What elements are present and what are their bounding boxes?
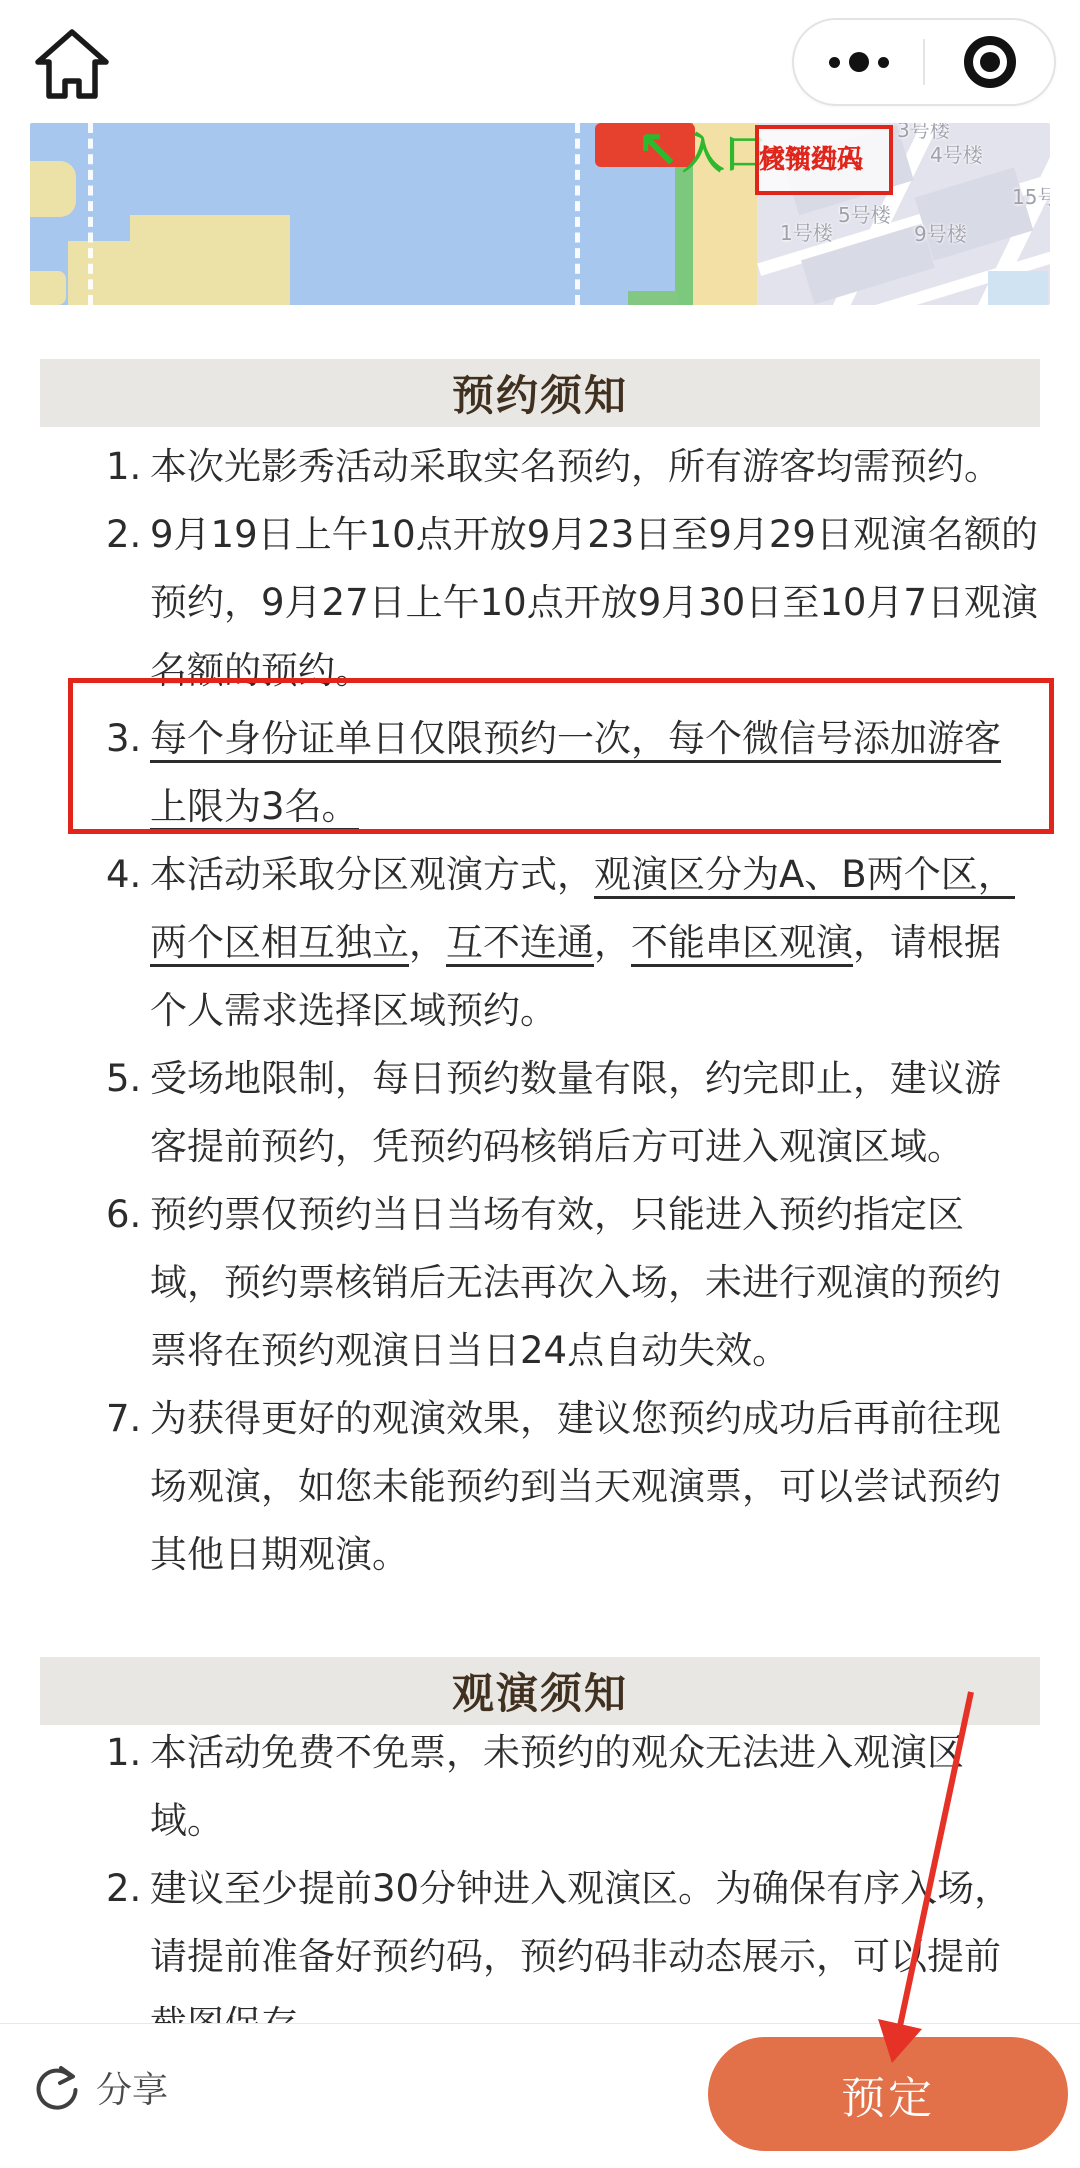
item-number: 7. (106, 1385, 141, 1453)
miniprogram-target-icon (964, 36, 1016, 88)
notice-line: 预约票仅预约当日当场有效，只能进入预约指定区 (150, 1181, 1050, 1249)
map-annotation-line2: 核销进入 (759, 145, 863, 175)
share-icon (32, 2064, 80, 2112)
map-label: 1号楼 (780, 217, 833, 246)
map-green-patch (628, 291, 678, 305)
home-button[interactable] (30, 22, 114, 106)
notice-line: 名额的预约。 (150, 637, 1050, 705)
entrance-label: 入口 (682, 133, 766, 175)
close-miniprogram-button[interactable] (925, 20, 1054, 104)
venue-map-image: ↖ 入口 凭预约码 核销进入 3号楼 4号楼 15号 5号楼 1号楼 9号楼 (30, 123, 1050, 305)
map-pond (988, 271, 1048, 305)
map-label: 5号楼 (838, 199, 891, 228)
notice-list: 1.本次光影秀活动采取实名预约，所有游客均需预约。2.9月19日上午10点开放9… (0, 427, 1080, 1589)
item-number: 1. (106, 1719, 141, 1787)
notice-item: 2.9月19日上午10点开放9月23日至9月29日观演名额的预约，9月27日上午… (150, 501, 1050, 705)
notice-item: 4.本活动采取分区观演方式，观演区分为A、B两个区，两个区相互独立，互不连通，不… (150, 841, 1050, 1045)
item-number: 6. (106, 1181, 141, 1249)
item-number: 4. (106, 841, 141, 909)
notice-line: 建议至少提前30分钟进入观演区。为确保有序入场， (150, 1855, 1050, 1923)
sections: 预约须知1.本次光影秀活动采取实名预约，所有游客均需预约。2.9月19日上午10… (0, 359, 1080, 2059)
entrance-arrow-icon: ↖ (636, 125, 680, 177)
item-number: 3. (106, 705, 141, 773)
section-header: 观演须知 (40, 1657, 1040, 1725)
notice-line: 上限为3名。 (150, 773, 1050, 841)
notice-item: 3.每个身份证单日仅限预约一次，每个微信号添加游客上限为3名。 (150, 705, 1050, 841)
notice-line: 本次光影秀活动采取实名预约，所有游客均需预约。 (150, 433, 1050, 501)
notice-line: 本活动采取分区观演方式，观演区分为A、B两个区， (150, 841, 1050, 909)
notice-line: 受场地限制，每日预约数量有限，约完即止，建议游 (150, 1045, 1050, 1113)
map-annotation-box: 凭预约码 核销进入 (755, 125, 893, 195)
item-number: 5. (106, 1045, 141, 1113)
map-label: 15号 (1012, 181, 1050, 210)
notice-item: 1.本活动免费不免票，未预约的观众无法进入观演区域。 (150, 1719, 1050, 1855)
section-title: 预约须知 (452, 363, 628, 423)
bottom-action-bar: 分享 预定 (0, 2023, 1080, 2168)
notice-line: 为获得更好的观演效果，建议您预约成功后再前往现 (150, 1385, 1050, 1453)
miniprogram-page: ↖ 入口 凭预约码 核销进入 3号楼 4号楼 15号 5号楼 1号楼 9号楼 预… (0, 0, 1080, 2168)
more-dots-icon (829, 52, 889, 72)
notice-line: 其他日期观演。 (150, 1521, 1050, 1589)
map-building-shape (30, 161, 76, 217)
book-button-label: 预定 (841, 2062, 935, 2126)
section-header: 预约须知 (40, 359, 1040, 427)
more-menu-button[interactable] (794, 20, 923, 104)
notice-item: 7.为获得更好的观演效果，建议您预约成功后再前往现场观演，如您未能预约到当天观演… (150, 1385, 1050, 1589)
notice-line: 客提前预约，凭预约码核销后方可进入观演区域。 (150, 1113, 1050, 1181)
notice-line: 两个区相互独立，互不连通，不能串区观演，请根据 (150, 909, 1050, 977)
share-label: 分享 (96, 2062, 168, 2113)
item-number: 1. (106, 433, 141, 501)
book-button[interactable]: 预定 (708, 2037, 1068, 2151)
miniprogram-capsule (792, 18, 1056, 106)
notice-item: 5.受场地限制，每日预约数量有限，约完即止，建议游客提前预约，凭预约码核销后方可… (150, 1045, 1050, 1181)
notice-list: 1.本活动免费不免票，未预约的观众无法进入观演区域。2.建议至少提前30分钟进入… (0, 1719, 1080, 2059)
notice-line: 域，预约票核销后无法再次入场，未进行观演的预约 (150, 1249, 1050, 1317)
notice-section: 预约须知1.本次光影秀活动采取实名预约，所有游客均需预约。2.9月19日上午10… (0, 359, 1080, 1589)
home-icon (30, 22, 114, 106)
notice-section: 观演须知1.本活动免费不免票，未预约的观众无法进入观演区域。2.建议至少提前30… (0, 1657, 1080, 2059)
notice-line: 请提前准备好预约码，预约码非动态展示，可以提前 (150, 1923, 1050, 1991)
notice-line: 票将在预约观演日当日24点自动失效。 (150, 1317, 1050, 1385)
map-building-shape (30, 271, 66, 305)
notice-item: 6.预约票仅预约当日当场有效，只能进入预约指定区域，预约票核销后无法再次入场，未… (150, 1181, 1050, 1385)
map-label: 4号楼 (930, 139, 983, 168)
section-title: 观演须知 (452, 1661, 628, 1721)
notice-line: 本活动免费不免票，未预约的观众无法进入观演区 (150, 1719, 1050, 1787)
notice-line: 9月19日上午10点开放9月23日至9月29日观演名额的 (150, 501, 1050, 569)
notice-line: 个人需求选择区域预约。 (150, 977, 1050, 1045)
share-button[interactable]: 分享 (32, 2062, 168, 2113)
notice-item: 1.本次光影秀活动采取实名预约，所有游客均需预约。 (150, 433, 1050, 501)
item-number: 2. (106, 1855, 141, 1923)
top-bar (0, 0, 1080, 120)
map-dashed-line (88, 123, 93, 305)
item-number: 2. (106, 501, 141, 569)
notice-line: 场观演，如您未能预约到当天观演票，可以尝试预约 (150, 1453, 1050, 1521)
notice-line: 域。 (150, 1787, 1050, 1855)
notice-line: 每个身份证单日仅限预约一次，每个微信号添加游客 (150, 705, 1050, 773)
map-label: 9号楼 (914, 218, 967, 247)
map-dashed-line (575, 123, 580, 305)
map-building-shape (130, 215, 290, 305)
notice-line: 预约，9月27日上午10点开放9月30日至10月7日观演 (150, 569, 1050, 637)
